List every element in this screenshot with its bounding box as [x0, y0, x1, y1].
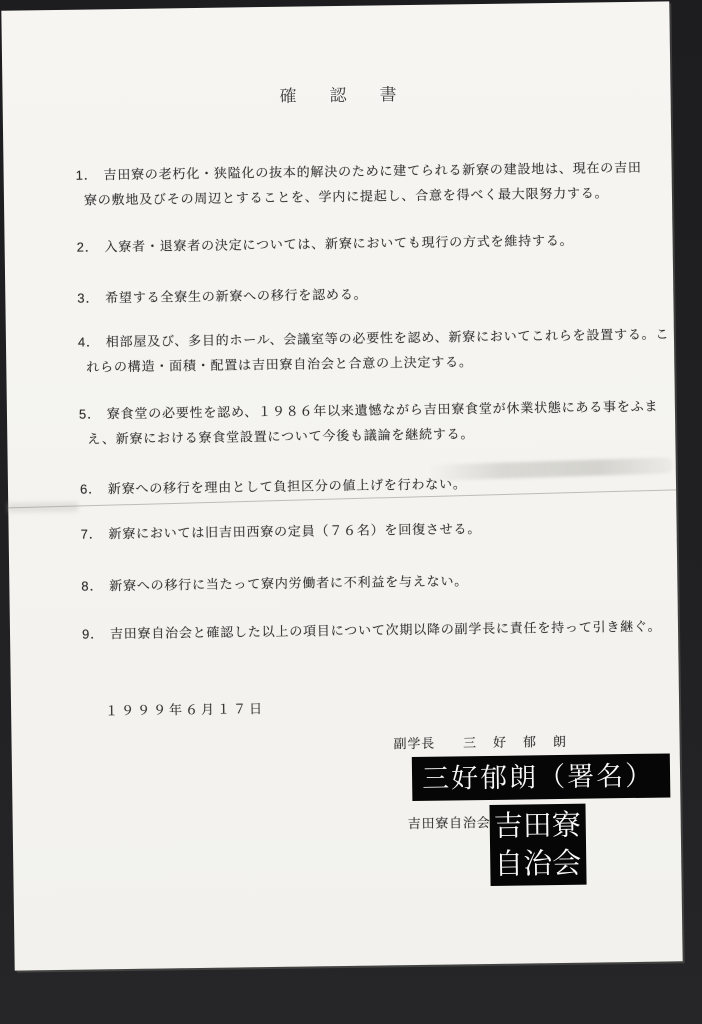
item-number: 1． — [76, 167, 98, 182]
item-text: 希望する全寮生の新寮への移行を認める。 — [105, 287, 367, 306]
scan-smudge — [428, 457, 673, 481]
item-text: 吉田寮自治会と確認した以上の項目について次期以降の副学長に責任を持って引き継ぐ。 — [110, 619, 662, 642]
confirmation-item-5-line-1: 5．寮食堂の必要性を認め、１９８６年以来遺憾ながら吉田寮食堂が休業状態にある事を… — [7, 399, 658, 423]
confirmation-item-1-line-2: 寮の敷地及びその周辺とすることを、学内に提起し、合意を得べく最大限努力する。 — [4, 185, 609, 208]
item-number: 8． — [81, 578, 103, 593]
document-title: 確 認 書 — [279, 80, 404, 107]
org-redaction-line-2: 自治会 — [494, 845, 587, 884]
confirmation-item-4-line-1: 4．相部屋及び、多目的ホール、会議室等の必要性を認め、新寮においてこれらを設置す… — [6, 326, 669, 350]
confirmation-item-8-line-1: 8．新寮への移行に当たって寮内労働者に不利益を与えない。 — [9, 573, 468, 594]
confirmation-item-2-line-1: 2．入寮者・退寮者の決定については、新寮においても現行の方式を維持する。 — [5, 233, 574, 256]
item-number: 6． — [80, 481, 102, 496]
confirmation-item-4-line-2: れらの構造・面積・配置は吉田寮自治会と合意の上決定する。 — [6, 354, 473, 376]
signatory-role: 副学長 — [393, 736, 435, 752]
confirmation-item-6-line-1: 6．新寮への移行を理由として負担区分の値上げを行わない。 — [8, 476, 467, 497]
confirmation-item-3-line-1: 3．希望する全寮生の新寮への移行を認める。 — [5, 287, 367, 307]
signature-redaction-box: 三好郁朗（署名） — [412, 753, 671, 801]
item-number: 5． — [79, 406, 101, 421]
item-number: 2． — [77, 239, 99, 254]
confirmation-item-1-line-1: 1．吉田寮の老朽化・狭隘化の抜本的解決のために建てられる新寮の建設地は、現在の吉… — [4, 160, 642, 184]
item-text: 相部屋及び、多目的ホール、会議室等の必要性を認め、新寮においてこれらを設置する。… — [106, 326, 670, 349]
document-page: 確 認 書 1．吉田寮の老朽化・狭隘化の抜本的解決のために建てられる新寮の建設地… — [1, 1, 682, 970]
item-number: 9． — [82, 626, 104, 641]
confirmation-item-7-line-1: 7．新寮においては旧吉田西寮の定員（７６名）を回復させる。 — [9, 521, 482, 543]
org-redaction-box: 吉田寮 自治会 — [489, 804, 586, 886]
item-text: 寮食堂の必要性を認め、１９８６年以来遺憾ながら吉田寮食堂が休業状態にある事をふま — [107, 399, 659, 422]
item-number: 7． — [81, 526, 103, 541]
item-number: 3． — [77, 290, 99, 305]
item-text: 新寮への移行を理由として負担区分の値上げを行わない。 — [108, 476, 467, 496]
item-text: 新寮においては旧吉田西寮の定員（７６名）を回復させる。 — [108, 521, 481, 541]
confirmation-item-5-line-2: え、新寮における寮食堂設置について今後も議論を継続する。 — [7, 426, 474, 448]
item-text: 吉田寮の老朽化・狭隘化の抜本的解決のために建てられる新寮の建設地は、現在の吉田 — [103, 160, 641, 183]
org-redaction-line-1: 吉田寮 — [494, 807, 587, 846]
signatory-name-printed: 三 好 郁 朗 — [463, 734, 568, 750]
signatory-line: 副学長三 好 郁 朗 — [12, 734, 569, 757]
item-number: 4． — [78, 334, 100, 349]
confirmation-item-9-line-1: 9．吉田寮自治会と確認した以上の項目について次期以降の副学長に責任を持って引き継… — [10, 619, 661, 643]
document-date: １９９９年６月１７日 — [11, 701, 265, 720]
org-name-printed: 吉田寮自治会 — [13, 815, 491, 837]
item-text: 入寮者・退寮者の決定については、新寮においても現行の方式を維持する。 — [104, 233, 573, 255]
signature-redaction-text: 三好郁朗（署名） — [422, 761, 654, 794]
item-text: 新寮への移行に当たって寮内労働者に不利益を与えない。 — [109, 573, 468, 593]
